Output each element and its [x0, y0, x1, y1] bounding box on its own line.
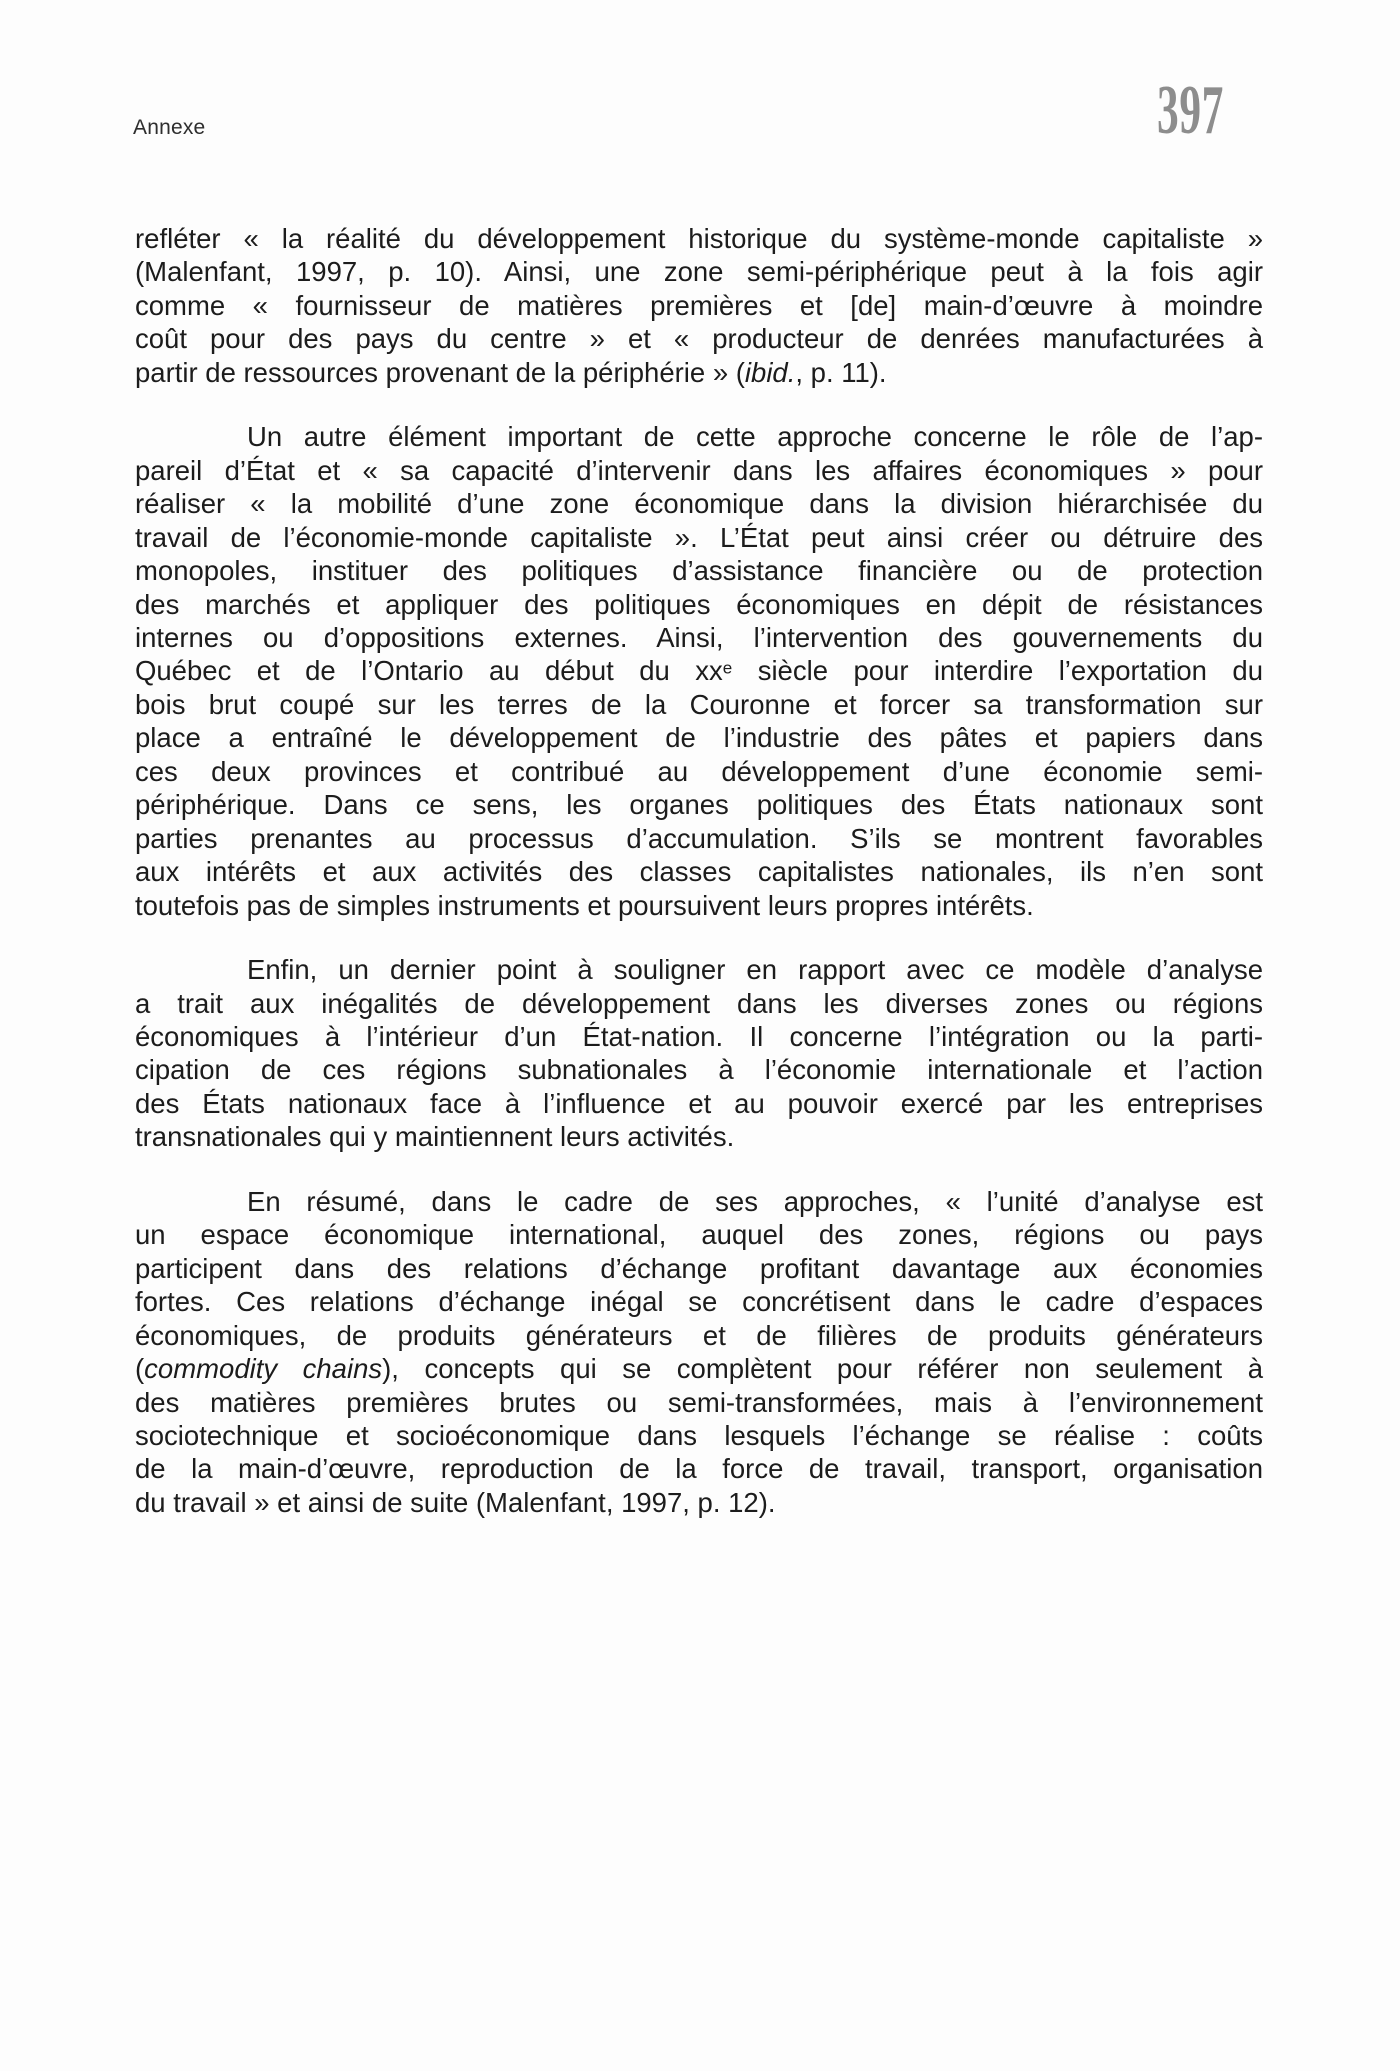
- text-line: économiques à l’intérieur d’un État-nati…: [135, 1020, 1263, 1053]
- text-line: ces deux provinces et contribué au dével…: [135, 755, 1263, 788]
- text-line: toutefois pas de simples instruments et …: [135, 889, 1263, 922]
- text-line: fortes. Ces relations d’échange inégal s…: [135, 1285, 1263, 1318]
- text-line: transnationales qui y maintiennent leurs…: [135, 1120, 1263, 1153]
- text-line: réaliser « la mobilité d’une zone économ…: [135, 487, 1263, 520]
- book-page: Annexe 397 refléter « la réalité du déve…: [0, 0, 1400, 2071]
- text-line: des marchés et appliquer des politiques …: [135, 588, 1263, 621]
- text-line: aux intérêts et aux activités des classe…: [135, 855, 1263, 888]
- paragraph: En résumé, dans le cadre de ses approche…: [135, 1185, 1263, 1520]
- text-line: Enfin, un dernier point à souligner en r…: [135, 953, 1263, 986]
- body-text: refléter « la réalité du développement h…: [135, 222, 1263, 1519]
- text-line: participent dans des relations d’échange…: [135, 1252, 1263, 1285]
- text-line: un espace économique international, auqu…: [135, 1218, 1263, 1251]
- text-line: En résumé, dans le cadre de ses approche…: [135, 1185, 1263, 1218]
- text-line: internes ou d’oppositions externes. Ains…: [135, 621, 1263, 654]
- text-line: cipation de ces régions subnationales à …: [135, 1053, 1263, 1086]
- text-line: parties prenantes au processus d’accumul…: [135, 822, 1263, 855]
- text-line: pareil d’État et « sa capacité d’interve…: [135, 454, 1263, 487]
- text-line: travail de l’économie-monde capitaliste …: [135, 521, 1263, 554]
- text-line: du travail » et ainsi de suite (Malenfan…: [135, 1486, 1263, 1519]
- text-line: monopoles, instituer des politiques d’as…: [135, 554, 1263, 587]
- text-line: sociotechnique et socioéconomique dans l…: [135, 1419, 1263, 1452]
- text-line: économiques, de produits générateurs et …: [135, 1319, 1263, 1352]
- text-line: (Malenfant, 1997, p. 10). Ainsi, une zon…: [135, 255, 1263, 288]
- paragraph: Enfin, un dernier point à souligner en r…: [135, 953, 1263, 1154]
- text-line: de la main-d’œuvre, reproduction de la f…: [135, 1452, 1263, 1485]
- text-line: refléter « la réalité du développement h…: [135, 222, 1263, 255]
- paragraph: refléter « la réalité du développement h…: [135, 222, 1263, 389]
- text-line: Québec et de l’Ontario au début du xxe s…: [135, 654, 1263, 687]
- text-line: coût pour des pays du centre » et « prod…: [135, 322, 1263, 355]
- text-line: Un autre élément important de cette appr…: [135, 420, 1263, 453]
- running-head: Annexe: [133, 116, 205, 140]
- text-line: périphérique. Dans ce sens, les organes …: [135, 788, 1263, 821]
- text-line: des matières premières brutes ou semi-tr…: [135, 1386, 1263, 1419]
- text-line: comme « fournisseur de matières première…: [135, 289, 1263, 322]
- text-line: (commodity chains), concepts qui se comp…: [135, 1352, 1263, 1385]
- text-line: bois brut coupé sur les terres de la Cou…: [135, 688, 1263, 721]
- text-line: a trait aux inégalités de développement …: [135, 987, 1263, 1020]
- text-line: place a entraîné le développement de l’i…: [135, 721, 1263, 754]
- text-line: partir de ressources provenant de la pér…: [135, 356, 1263, 389]
- text-line: des États nationaux face à l’influence e…: [135, 1087, 1263, 1120]
- paragraph: Un autre élément important de cette appr…: [135, 420, 1263, 922]
- page-number: 397: [1157, 76, 1224, 146]
